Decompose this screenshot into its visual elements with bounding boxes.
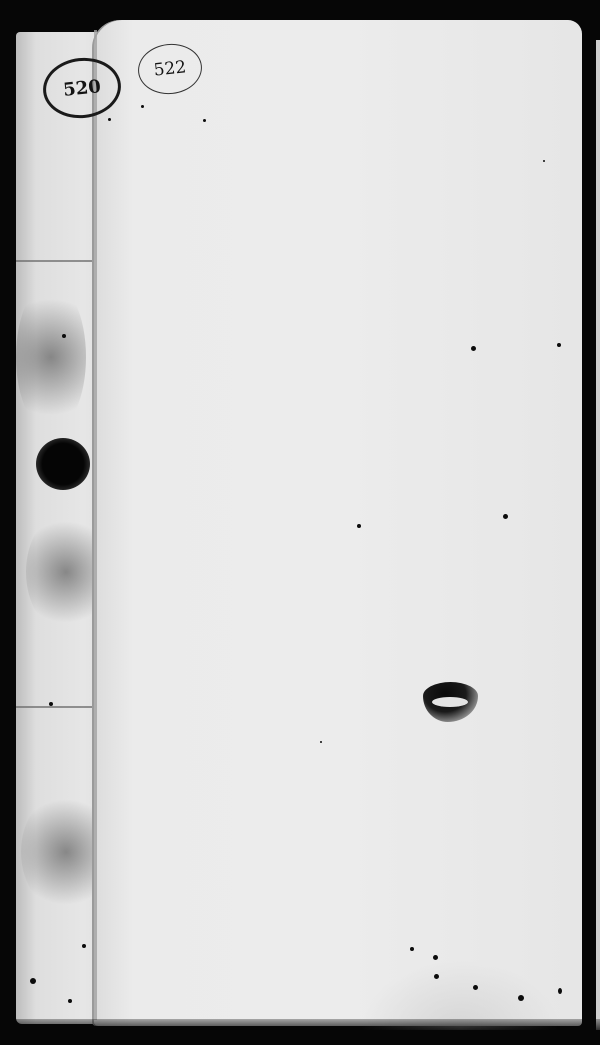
speck [410, 947, 414, 951]
speck [108, 118, 111, 121]
folio-number-right-text: 522 [153, 57, 187, 80]
bleed-through-text [269, 58, 341, 97]
page-edge [94, 30, 97, 1020]
scanned-document: 520 522 [0, 0, 600, 1045]
speck [434, 974, 439, 979]
speck [557, 343, 561, 347]
speck [433, 955, 438, 960]
speck [141, 105, 144, 108]
folio-number-left-text: 520 [62, 76, 102, 101]
scanner-bottom-shadow [0, 1019, 600, 1045]
speck [30, 978, 36, 984]
speck [503, 514, 508, 519]
speck [49, 702, 53, 706]
speck [357, 524, 361, 528]
ink-blot [36, 438, 90, 490]
speck [203, 119, 206, 122]
speck [62, 334, 66, 338]
speck [558, 988, 562, 994]
speck [471, 346, 476, 351]
speck [518, 995, 524, 1001]
speck [68, 999, 72, 1003]
stain-highlight [432, 697, 468, 707]
speck [473, 985, 478, 990]
speck [82, 944, 86, 948]
foxing [16, 282, 86, 432]
main-page [94, 20, 582, 1026]
speck [543, 160, 545, 162]
scanner-edge [596, 40, 600, 1030]
speck [320, 741, 322, 743]
